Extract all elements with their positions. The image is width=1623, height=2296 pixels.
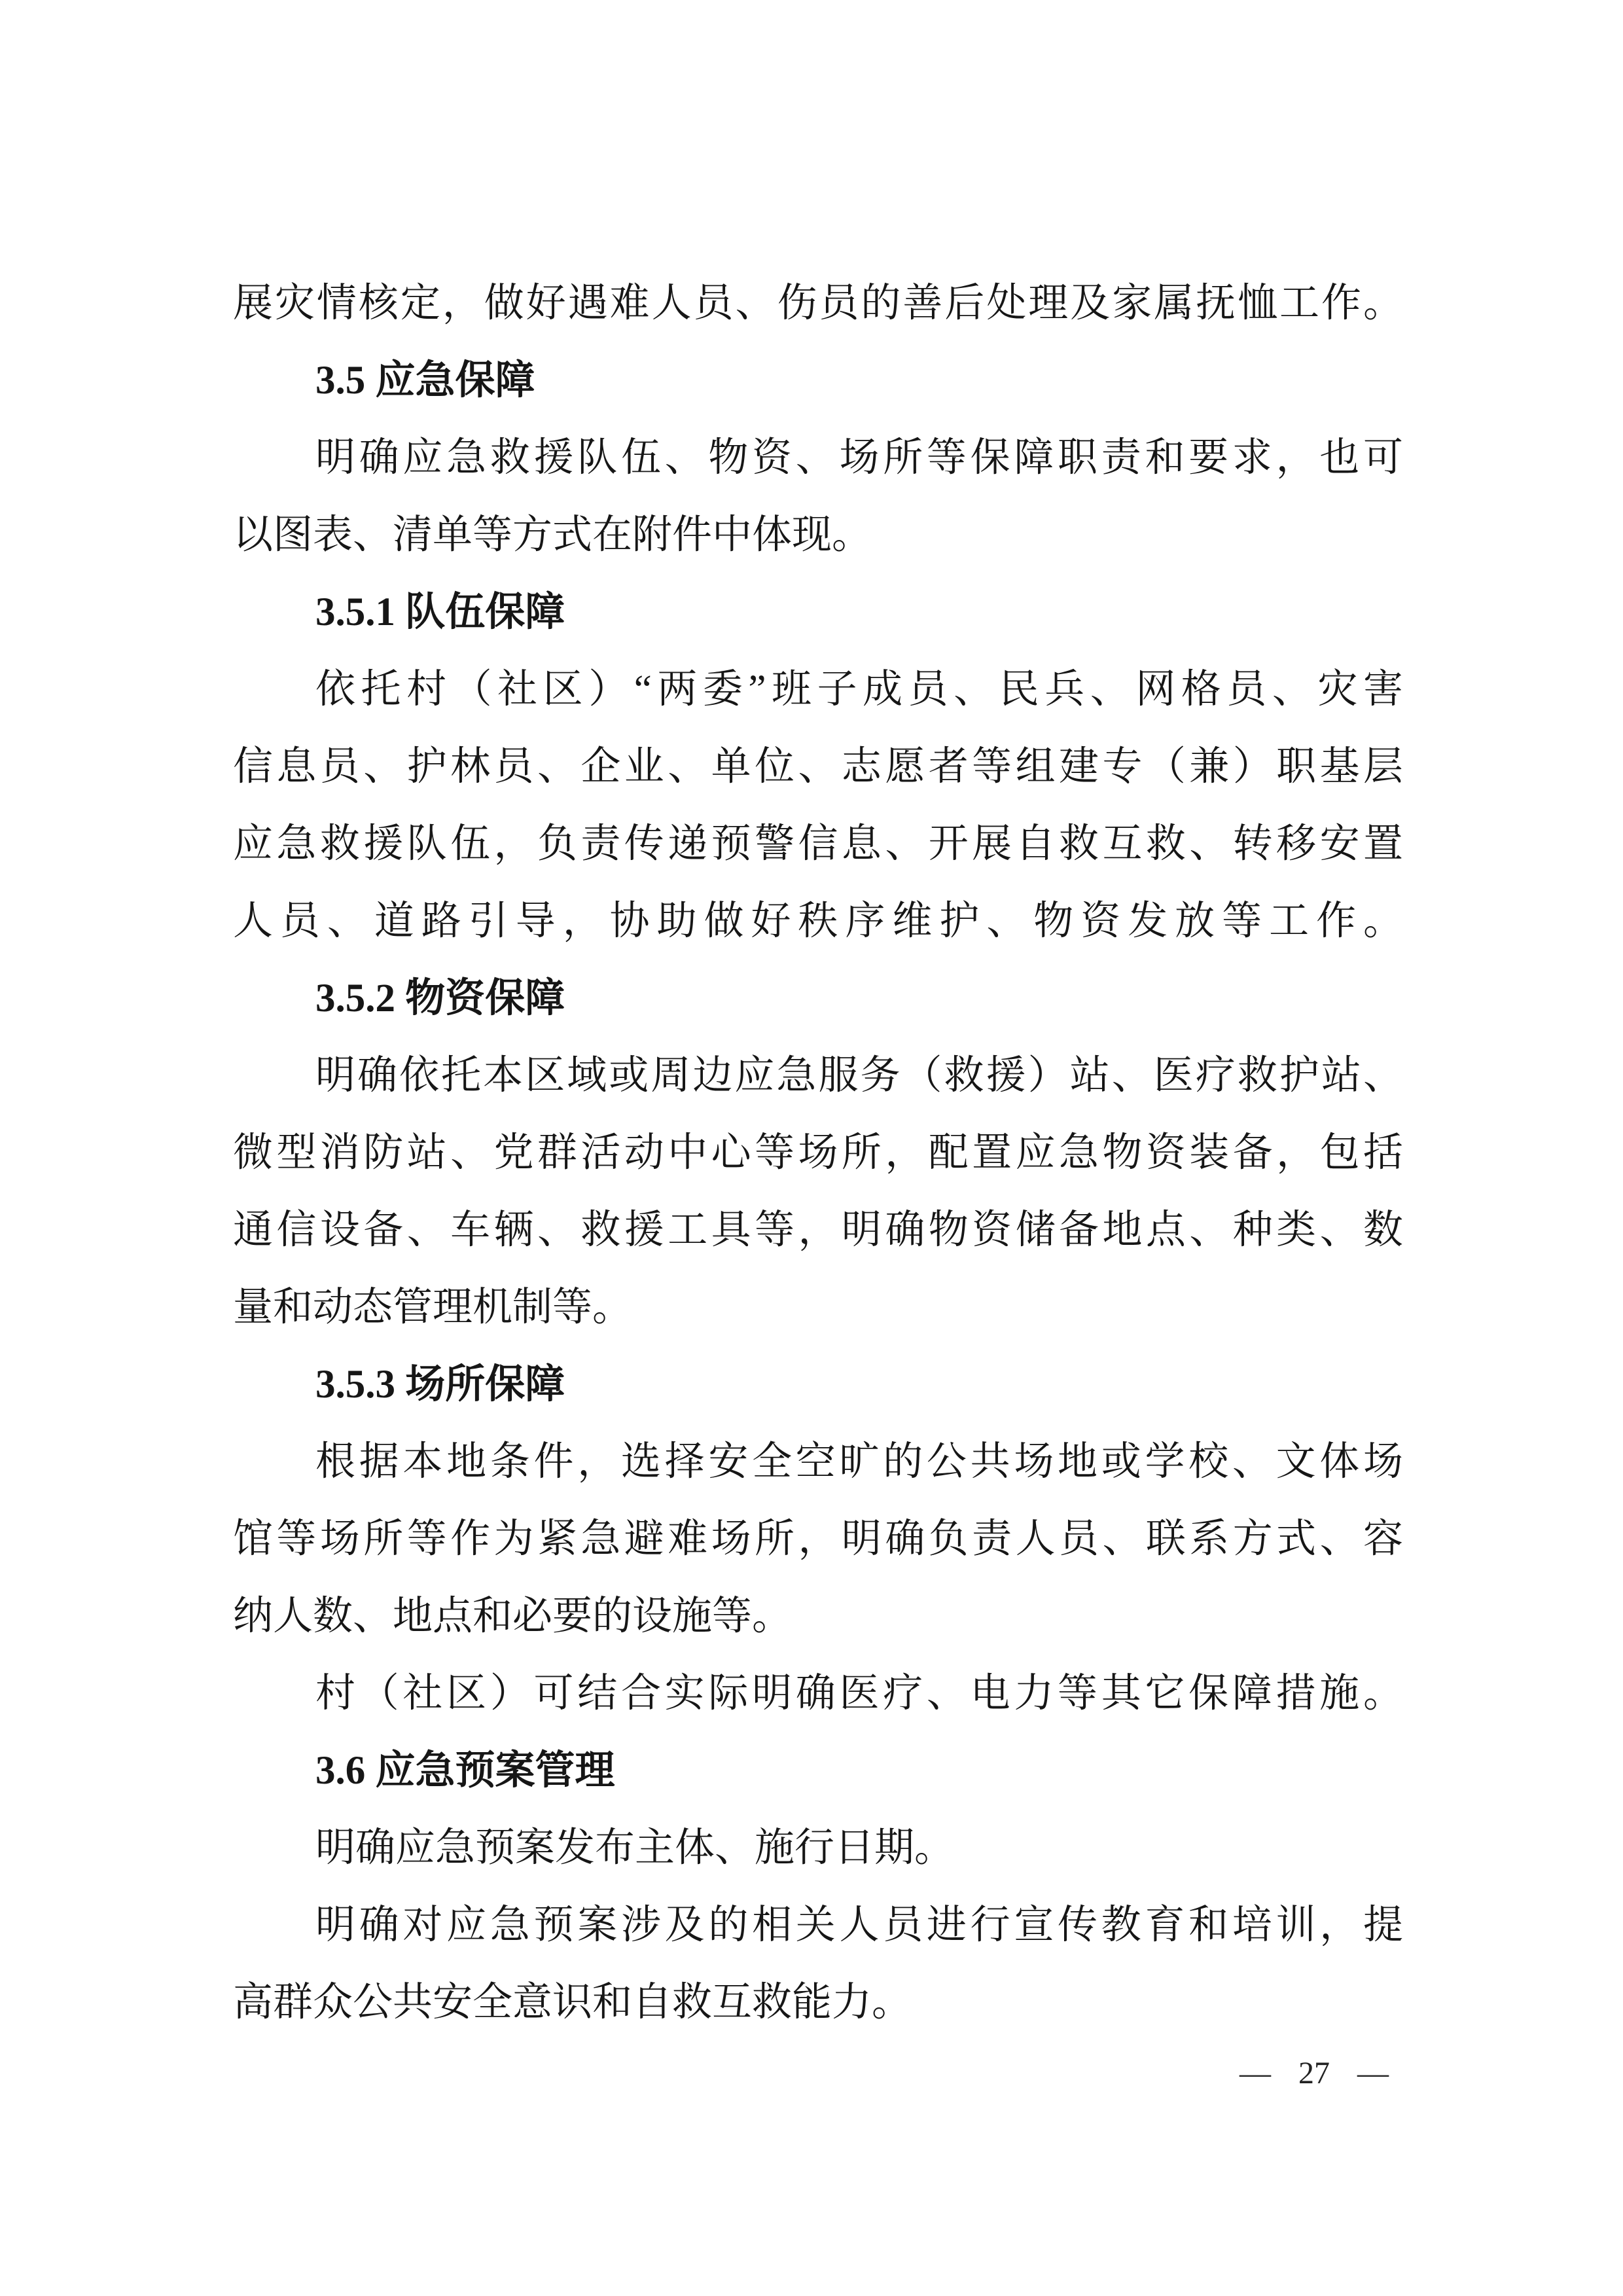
body-line: 明确应急预案发布主体、施行日期。 xyxy=(233,1810,1403,1887)
heading-line: 3.5.1 队伍保障 xyxy=(233,574,1403,651)
body-line: 根据本地条件，选择安全空旷的公共场地或学校、文体场 xyxy=(233,1424,1403,1501)
body-line: 明确对应急预案涉及的相关人员进行宣传教育和培训，提 xyxy=(233,1887,1403,1964)
body-line: 信息员、护林员、企业、单位、志愿者等组建专（兼）职基层 xyxy=(233,728,1403,806)
page-footer: — 27 — xyxy=(1240,2054,1389,2093)
body-line: 量和动态管理机制等。 xyxy=(233,1269,1403,1346)
footer-dash-left: — xyxy=(1240,2054,1271,2093)
heading-line: 3.5 应急保障 xyxy=(233,342,1403,420)
body-line: 展灾情核定，做好遇难人员、伤员的善后处理及家属抚恤工作。 xyxy=(233,265,1403,342)
heading-line: 3.5.3 场所保障 xyxy=(233,1346,1403,1424)
page-number: 27 xyxy=(1298,2054,1330,2093)
body-line: 人员、道路引导，协助做好秩序维护、物资发放等工作。 xyxy=(233,883,1403,960)
body-line: 高群众公共安全意识和自救互救能力。 xyxy=(233,1964,1403,2041)
body-line: 微型消防站、党群活动中心等场所，配置应急物资装备，包括 xyxy=(233,1115,1403,1192)
body-line: 明确应急救援队伍、物资、场所等保障职责和要求，也可 xyxy=(233,420,1403,497)
heading-line: 3.6 应急预案管理 xyxy=(233,1732,1403,1810)
body-line: 村（社区）可结合实际明确医疗、电力等其它保障措施。 xyxy=(233,1655,1403,1732)
body-line: 以图表、清单等方式在附件中体现。 xyxy=(233,497,1403,574)
document-page: 展灾情核定，做好遇难人员、伤员的善后处理及家属抚恤工作。3.5 应急保障明确应急… xyxy=(0,0,1623,2296)
body-line: 依托村（社区）“两委”班子成员、民兵、网格员、灾害 xyxy=(233,651,1403,728)
body-line: 明确依托本区域或周边应急服务（救援）站、医疗救护站、 xyxy=(233,1037,1403,1115)
heading-line: 3.5.2 物资保障 xyxy=(233,960,1403,1037)
body-line: 应急救援队伍，负责传递预警信息、开展自救互救、转移安置 xyxy=(233,806,1403,883)
body-line: 通信设备、车辆、救援工具等，明确物资储备地点、种类、数 xyxy=(233,1192,1403,1269)
footer-dash-right: — xyxy=(1357,2054,1389,2093)
body-line: 馆等场所等作为紧急避难场所，明确负责人员、联系方式、容 xyxy=(233,1501,1403,1578)
document-body: 展灾情核定，做好遇难人员、伤员的善后处理及家属抚恤工作。3.5 应急保障明确应急… xyxy=(233,265,1403,2041)
body-line: 纳人数、地点和必要的设施等。 xyxy=(233,1578,1403,1655)
